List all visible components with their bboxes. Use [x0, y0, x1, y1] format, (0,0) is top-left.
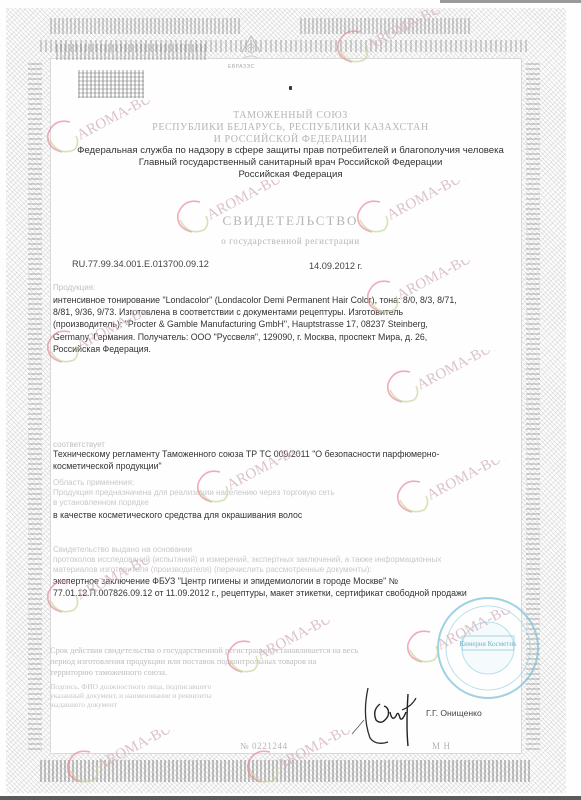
border-ornament — [50, 18, 240, 34]
basis-faded-line: материалов изготовителя (производителя) … — [53, 565, 372, 574]
validity-line: период изготовления продукции или постав… — [50, 656, 470, 667]
scope-faded-text: Область применения: Продукция предназнач… — [53, 478, 473, 508]
basis-faded-row: Свидетельство выдано на основании — [53, 545, 483, 555]
registration-number: RU.77.99.34.001.Е.013700.09.12 — [72, 259, 209, 269]
basis-faded-text: Свидетельство выдано на основании проток… — [53, 545, 483, 575]
scan-speck — [289, 86, 292, 90]
basis-line: экспертное заключение ФБУЗ "Центр гигиен… — [53, 575, 493, 587]
basis-faded-row: протоколов исследований (испытаний) и из… — [53, 555, 483, 565]
border-ornament — [56, 44, 206, 60]
signer-name: Г.Г. Онищенко — [426, 708, 482, 718]
product-line: 8/81, 9/36, 9/73. Изготовлена в соответс… — [53, 306, 473, 318]
border-band-bottom — [40, 760, 530, 782]
serial-number: № 0221244 — [240, 741, 288, 751]
svg-text:Кимерия Косметик: Кимерия Косметик — [459, 640, 517, 648]
product-line: Российская Федерация. — [53, 343, 473, 355]
scan-edge-top — [440, 0, 581, 3]
scope-faded-line: Область применения: — [53, 478, 134, 487]
official-stamp-icon: Кимерия Косметик — [434, 594, 542, 702]
certificate-page: ЕВРАЗЭС ТАМОЖЕННЫЙ СОЮЗ РЕСПУБЛИКИ БЕЛАР… — [0, 0, 581, 800]
signature-caption: Подпись, ФИО должностного лица, подписав… — [50, 682, 270, 709]
validity-text: Срок действия свидетельства о государств… — [50, 645, 470, 678]
scope-faded-row: Продукция предназначена для реализации н… — [53, 488, 473, 498]
header-republics: РЕСПУБЛИКИ БЕЛАРУСЬ, РЕСПУБЛИКИ КАЗАХСТА… — [0, 122, 581, 133]
product-label: Продукция: — [53, 283, 95, 292]
scope-faded-row: в установленном порядке — [53, 498, 473, 508]
certificate-subtitle: о государственной регистрации — [0, 236, 581, 246]
header-country: Российская Федерация — [0, 169, 581, 180]
eurasec-emblem-icon — [236, 30, 266, 64]
basis-line: 77.01.12.П.007826.09.12 от 11.09.2012 г.… — [53, 587, 493, 599]
signature-caption-line: выдавшего документ — [50, 700, 270, 709]
product-line: (производитель): "Procter & Gamble Manuf… — [53, 318, 473, 330]
series-code: М Н — [432, 741, 451, 751]
validity-line: Срок действия свидетельства о государств… — [50, 645, 470, 656]
scope-text: в качестве косметического средства для о… — [53, 509, 473, 521]
basis-faded-line: Свидетельство выдано на основании — [53, 545, 192, 554]
conformity-line: косметической продукции" — [53, 460, 473, 472]
signature-caption-line: Подпись, ФИО должностного лица, подписав… — [50, 682, 270, 691]
header-chief-doctor: Главный государственный санитарный врач … — [0, 157, 581, 168]
emblem-caption: ЕВРАЗЭС — [228, 64, 255, 70]
product-line: Germany, Германия. Получатель: ООО "Русс… — [53, 331, 473, 343]
registration-date: 14.09.2012 г. — [309, 261, 362, 271]
conformity-text: Техническому регламенту Таможенного союз… — [53, 448, 473, 472]
basis-faded-line: протоколов исследований (испытаний) и из… — [53, 555, 441, 564]
product-line: интенсивное тонирование "Londacolor" (Lo… — [53, 294, 473, 306]
scope-faded-line: Продукция предназначена для реализации н… — [53, 488, 335, 497]
header-service: Федеральная служба по надзору в сфере за… — [0, 145, 581, 156]
conformity-line: Техническому регламенту Таможенного союз… — [53, 448, 473, 460]
basis-text: экспертное заключение ФБУЗ "Центр гигиен… — [53, 575, 493, 599]
signature-caption-line: указанный документ, и наименование и рек… — [50, 691, 270, 700]
header-federation: И РОССИЙСКОЙ ФЕДЕРАЦИИ — [0, 134, 581, 145]
scope-faded-line: в установленном порядке — [53, 498, 149, 507]
border-ornament — [300, 18, 470, 34]
certificate-title: СВИДЕТЕЛЬСТВО — [0, 213, 581, 229]
product-description: интенсивное тонирование "Londacolor" (Lo… — [53, 294, 473, 355]
header-union: ТАМОЖЕННЫЙ СОЮЗ — [0, 110, 581, 121]
security-pattern — [78, 70, 144, 98]
scan-edge-bottom — [0, 796, 581, 800]
basis-faded-row: материалов изготовителя (производителя) … — [53, 565, 483, 575]
